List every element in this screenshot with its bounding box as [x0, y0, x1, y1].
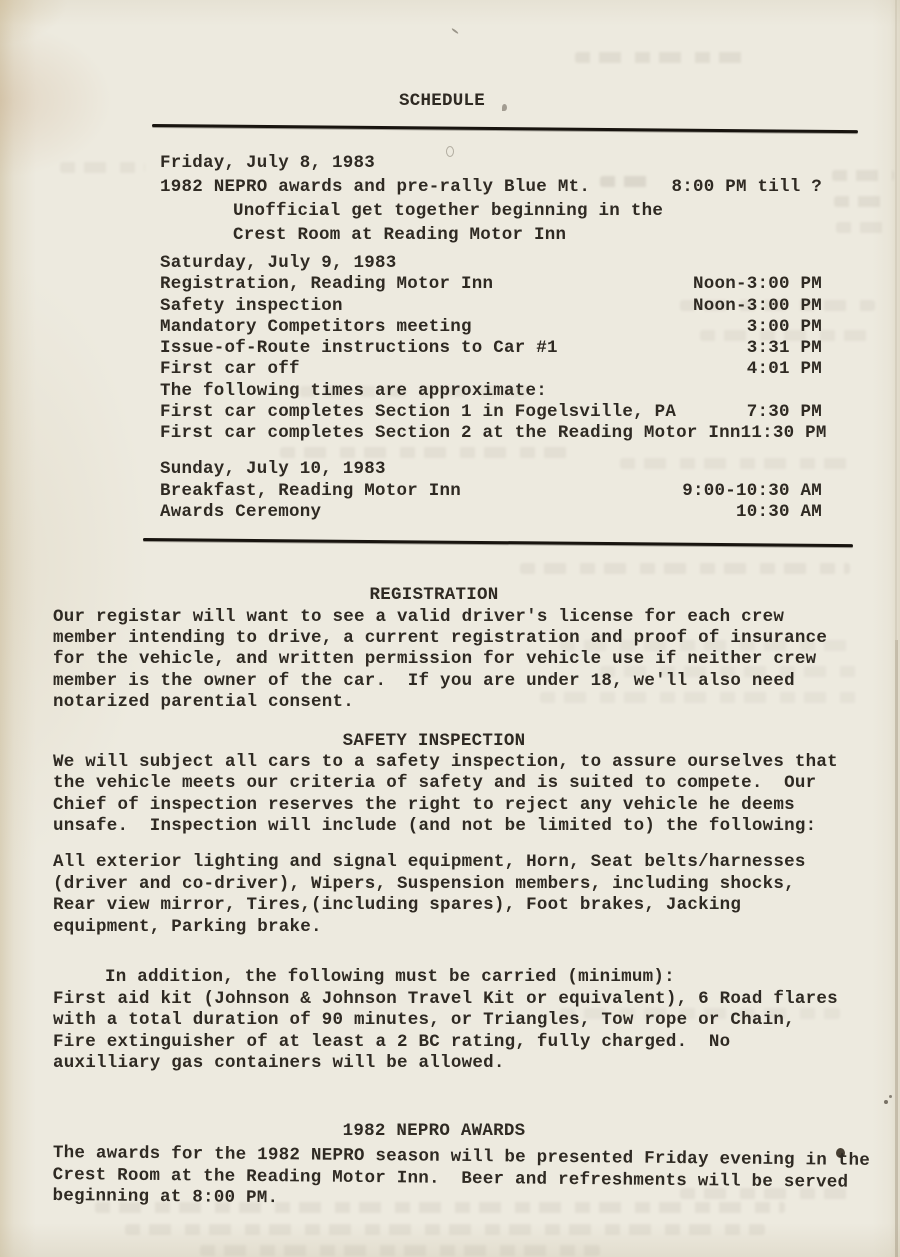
text-line: All exterior lighting and signal equipme…: [53, 852, 883, 874]
event-label: Breakfast, Reading Motor Inn: [160, 481, 461, 503]
event-label: Issue-of-Route instructions to Car #1: [160, 338, 558, 359]
bleed-through-text: [60, 162, 145, 173]
event-time: Noon-3:00 PM: [693, 274, 822, 295]
safety-inspection-paragraph: We will subject all cars to a safety ins…: [53, 752, 883, 838]
schedule-day-sunday: Sunday, July 10, 1983 Breakfast, Reading…: [160, 459, 822, 524]
bleed-through-text: [832, 170, 894, 181]
text-line: member intending to drive, a current reg…: [53, 628, 883, 649]
schedule-row: First car completes Section 2 at the Rea…: [160, 423, 822, 444]
text-line: unsafe. Inspection will include (and not…: [53, 816, 883, 837]
schedule-row: Safety inspection Noon-3:00 PM: [160, 296, 822, 317]
text-line: member is the owner of the car. If you a…: [53, 671, 883, 692]
schedule-row: The following times are approximate:: [160, 381, 822, 402]
divider-line-bottom: [143, 538, 853, 547]
text-line: notarized parential consent.: [53, 692, 883, 713]
divider-line-top: [152, 124, 858, 133]
event-label: Mandatory Competitors meeting: [160, 317, 472, 338]
bleed-through-text: [836, 222, 892, 233]
event-label: First car completes Section 1 in Fogelsv…: [160, 402, 676, 423]
day-heading-row: Friday, July 8, 1983: [160, 151, 822, 175]
bleed-through-text: [280, 447, 580, 458]
schedule-row: Breakfast, Reading Motor Inn 9:00-10:30 …: [160, 481, 822, 503]
event-label: First car completes Section 2 at the Rea…: [160, 423, 741, 444]
day-heading: Sunday, July 10, 1983: [160, 459, 386, 481]
schedule-row: 1982 NEPRO awards and pre-rally Blue Mt.…: [160, 175, 822, 199]
schedule-row: Registration, Reading Motor Inn Noon-3:0…: [160, 274, 822, 295]
schedule-row: Crest Room at Reading Motor Inn: [160, 223, 822, 247]
text-line: for the vehicle, and written permission …: [53, 649, 883, 670]
schedule-row: Mandatory Competitors meeting 3:00 PM: [160, 317, 822, 338]
equipment-list-paragraph: All exterior lighting and signal equipme…: [53, 852, 883, 938]
bleed-through-text: [200, 1245, 600, 1256]
event-label: Registration, Reading Motor Inn: [160, 274, 493, 295]
required-items-paragraph: In addition, the following must be carri…: [53, 967, 883, 1075]
scanned-document-page: SCHEDULE Friday, July 8, 1983 1982 NEPRO…: [0, 0, 900, 1257]
nepro-awards-paragraph: The awards for the 1982 NEPRO season wil…: [52, 1143, 883, 1216]
paper-edge-shadow: [895, 640, 898, 1257]
text-line: the vehicle meets our criteria of safety…: [53, 773, 883, 794]
registration-heading: REGISTRATION: [0, 585, 868, 605]
day-heading: Friday, July 8, 1983: [160, 151, 375, 175]
day-heading-row: Sunday, July 10, 1983: [160, 459, 822, 481]
event-time: 7:30 PM: [747, 402, 822, 423]
event-time: 9:00-10:30 AM: [682, 481, 822, 503]
paper-edge-shadow: [895, 0, 897, 640]
text-line: In addition, the following must be carri…: [53, 967, 883, 989]
text-line: Fire extinguisher of at least a 2 BC rat…: [53, 1032, 883, 1054]
day-heading: Saturday, July 9, 1983: [160, 253, 397, 274]
schedule-row: Issue-of-Route instructions to Car #1 3:…: [160, 338, 822, 359]
event-label: Awards Ceremony: [160, 502, 321, 524]
schedule-row: First car completes Section 1 in Fogelsv…: [160, 402, 822, 423]
ink-speck: [884, 1100, 888, 1104]
event-time: 3:31 PM: [747, 338, 822, 359]
nepro-awards-heading: 1982 NEPRO AWARDS: [0, 1121, 868, 1141]
text-line: First aid kit (Johnson & Johnson Travel …: [53, 989, 883, 1011]
scan-mark: [451, 28, 459, 35]
text-line: We will subject all cars to a safety ins…: [53, 752, 883, 773]
schedule-day-friday: Friday, July 8, 1983 1982 NEPRO awards a…: [160, 151, 822, 247]
text-line: (driver and co-driver), Wipers, Suspensi…: [53, 874, 883, 896]
event-time: 4:01 PM: [747, 359, 822, 380]
event-label: 1982 NEPRO awards and pre-rally Blue Mt.: [160, 175, 590, 199]
event-label: Safety inspection: [160, 296, 343, 317]
event-label: First car off: [160, 359, 300, 380]
event-time: 3:00 PM: [747, 317, 822, 338]
event-time: 8:00 PM till ?: [671, 175, 822, 199]
event-label: Crest Room at Reading Motor Inn: [160, 223, 566, 247]
text-line: Chief of inspection reserves the right t…: [53, 795, 883, 816]
safety-inspection-heading: SAFETY INSPECTION: [0, 731, 868, 751]
day-heading-row: Saturday, July 9, 1983: [160, 253, 822, 274]
event-time: Noon-3:00 PM: [693, 296, 822, 317]
registration-paragraph: Our registar will want to see a valid dr…: [53, 607, 883, 713]
event-label: Unofficial get together beginning in the: [160, 199, 663, 223]
bleed-through-text: [520, 563, 850, 574]
text-line: Rear view mirror, Tires,(including spare…: [53, 895, 883, 917]
page-title: SCHEDULE: [0, 91, 884, 111]
text-line: auxilliary gas containers will be allowe…: [53, 1053, 883, 1075]
schedule-row: Unofficial get together beginning in the: [160, 199, 822, 223]
text-line: Our registar will want to see a valid dr…: [53, 607, 883, 628]
schedule-day-saturday: Saturday, July 9, 1983 Registration, Rea…: [160, 253, 822, 445]
schedule-row: Awards Ceremony 10:30 AM: [160, 502, 822, 524]
text-line: with a total duration of 90 minutes, or …: [53, 1010, 883, 1032]
event-time: 11:30 PM: [741, 423, 827, 444]
bleed-through-text: [834, 196, 892, 207]
ink-speck: [889, 1095, 892, 1098]
bleed-through-text: [125, 1224, 765, 1235]
bleed-through-text: [575, 52, 745, 63]
text-line: equipment, Parking brake.: [53, 917, 883, 939]
event-time: 10:30 AM: [736, 502, 822, 524]
note-label: The following times are approximate:: [160, 381, 547, 402]
schedule-row: First car off 4:01 PM: [160, 359, 822, 380]
